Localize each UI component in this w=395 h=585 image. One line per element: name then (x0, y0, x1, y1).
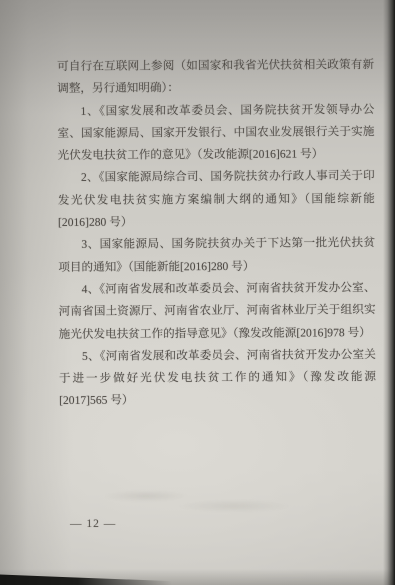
list-item-3: 3、国家能源局、国务院扶贫办关于下达第一批光伏扶贫项目的通知》（国能新能[201… (58, 232, 375, 279)
list-item-5: 5、《河南省发展和改革委员会、河南省扶贫开发办公室关于进一步做好光伏发电扶贫工作… (59, 344, 376, 413)
list-item-2: 2、《国家能源局综合司、国务院扶贫办行政人事司关于印发光伏发电扶贫实施方案编制大… (58, 166, 375, 235)
scanned-document-page: 可自行在互联网上参阅（如国家和我省光伏扶贫相关政策有新调整，另行通知明确）： 1… (0, 0, 395, 585)
ink-bleed-through (80, 480, 300, 520)
list-item-4: 4、《河南省发展和改革委员会、河南省扶贫开发办公室、河南省国土资源厅、河南省农业… (58, 277, 375, 346)
paragraph-continuation: 可自行在互联网上参阅（如国家和我省光伏扶贫相关政策有新调整，另行通知明确）： (57, 54, 374, 101)
document-body: 可自行在互联网上参阅（如国家和我省光伏扶贫相关政策有新调整，另行通知明确）： 1… (57, 54, 376, 413)
page-number: — 12 — (70, 518, 116, 530)
scan-edge-right (383, 0, 395, 585)
list-item-1: 1、《国家发展和改革委员会、国务院扶贫开发领导办公室、国家能源局、国家开发银行、… (57, 99, 374, 168)
